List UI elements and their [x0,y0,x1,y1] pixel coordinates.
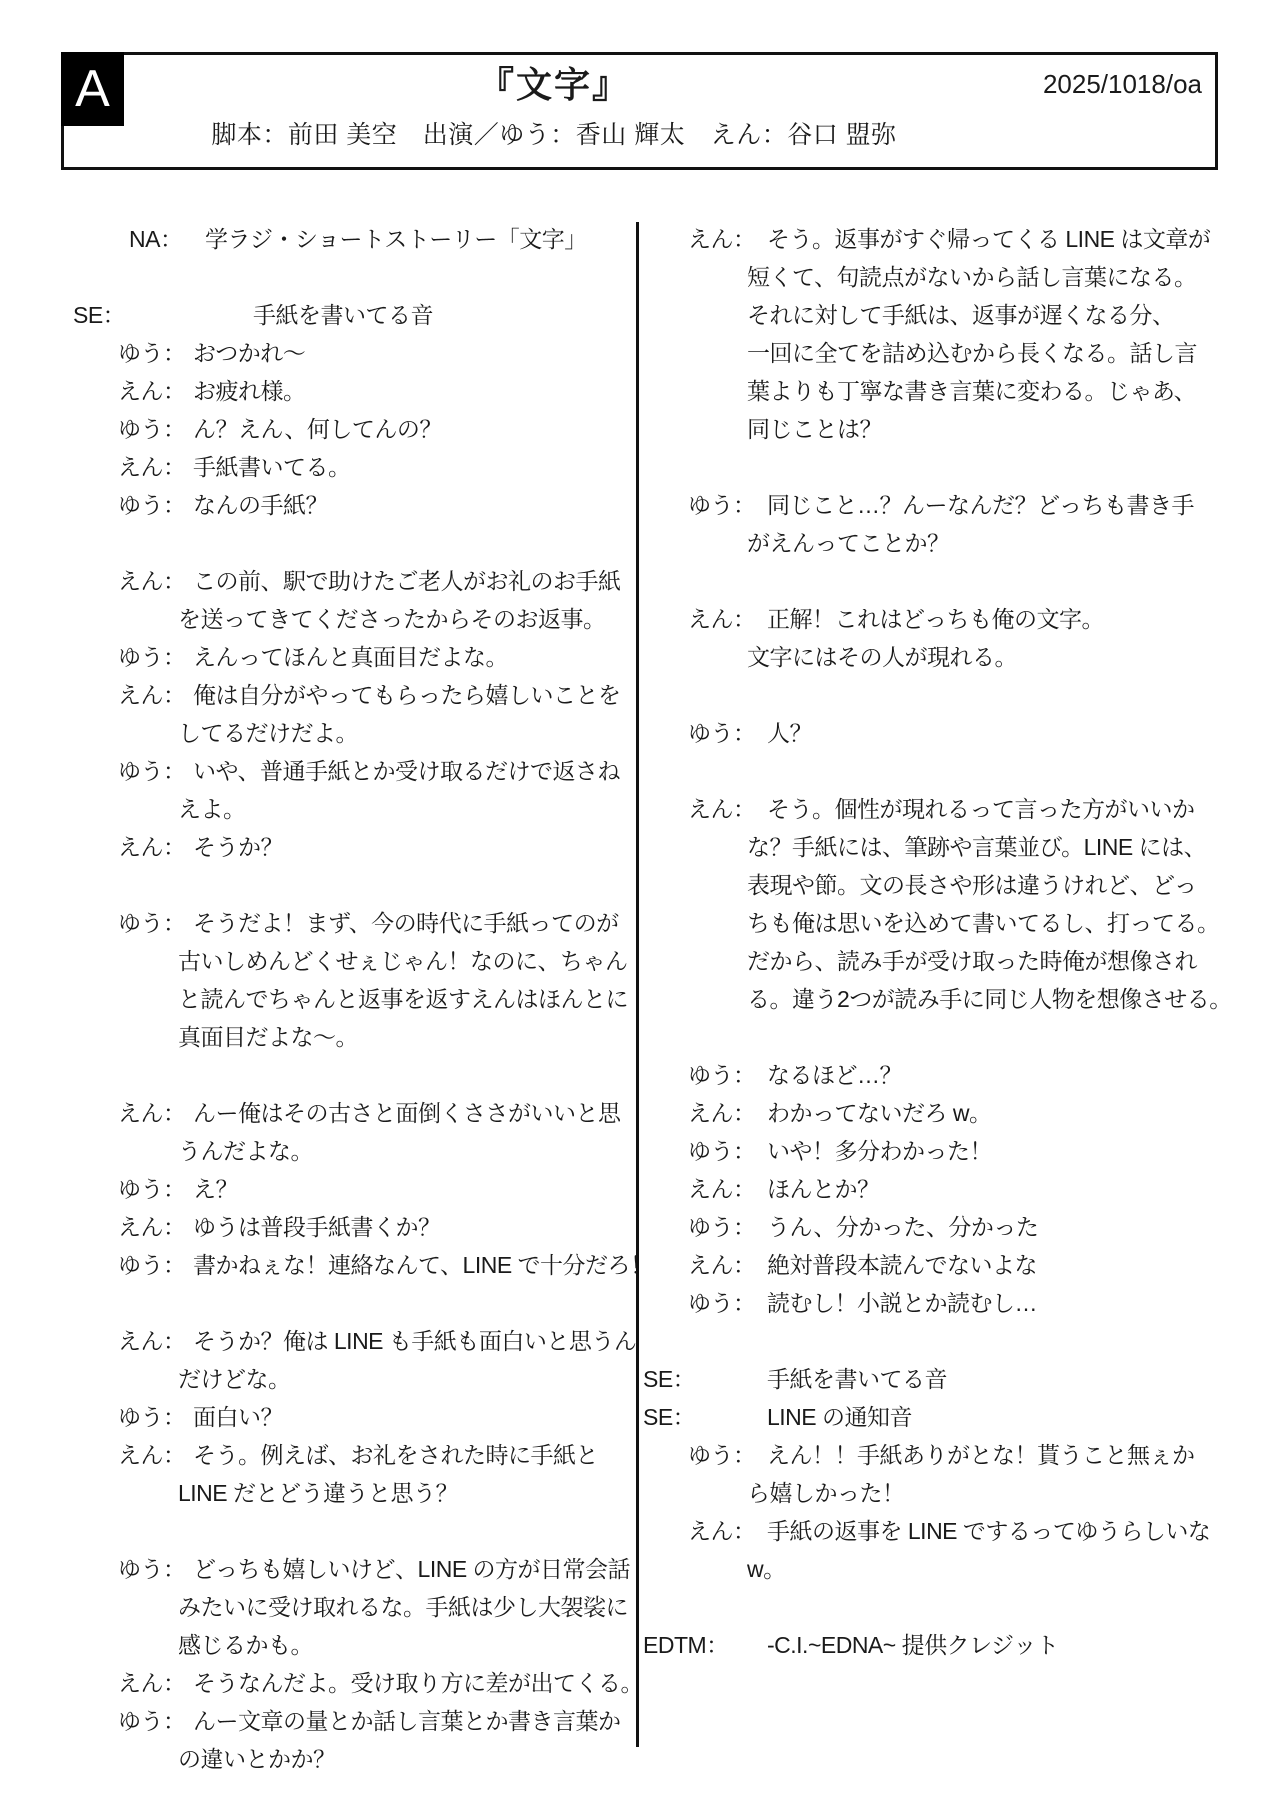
cue-label: ゆう： [643,1132,747,1170]
cue-label: ゆう： [643,486,747,562]
cue-row: ゆう：ん？えん、何してんの？ [61,410,621,448]
cue-label: ゆう： [643,1284,747,1322]
cue-text: えんってほんと真面目だよな。 [178,638,621,676]
cue-label: ゆう： [61,638,178,676]
cue-text: 手紙書いてる。 [178,448,621,486]
cue-row: えん：俺は自分がやってもらったら嬉しいことを してるだけだよ。 [61,676,621,752]
cue-text: そうか？俺は LINE も手紙も面白いと思うん だけどな。 [178,1322,636,1398]
cue-label: SE： [643,1360,747,1398]
cue-label: えん： [643,790,747,1018]
cue-label: えん： [61,1208,178,1246]
cue-label: ゆう： [643,1208,747,1246]
cue-row: えん：そう。返事がすぐ帰ってくる LINE は文章が 短くて、句読点がないから話… [643,220,1243,448]
cue-row: ゆう：読むし！小説とか読むし… [643,1284,1243,1322]
cue-text: いや、普通手紙とか受け取るだけで返さね えよ。 [178,752,621,828]
cue-text: んー文章の量とか話し言葉とか書き言葉か の違いとかか？ [178,1702,621,1778]
cue-label: えん： [643,1512,747,1588]
cue-text: えん！！手紙ありがとな！貰うこと無ぇか ら嬉しかった！ [747,1436,1243,1512]
cue-row: ゆう：面白い？ [61,1398,621,1436]
cue-row: SE：手紙を書いてる音 [643,1360,1243,1398]
cue-row: えん：そう。個性が現れるって言った方がいいか な？手紙には、筆跡や言葉並び。LI… [643,790,1243,1018]
cue-label: ゆう： [61,1702,178,1778]
cue-label: ゆう： [61,410,178,448]
cue-text: 人？ [747,714,1243,752]
cue-text: 俺は自分がやってもらったら嬉しいことを してるだけだよ。 [178,676,621,752]
cue-row: ゆう：そうだよ！まず、今の時代に手紙ってのが 古いしめんどくせぇじゃん！なのに、… [61,904,621,1056]
cue-label: ゆう： [61,486,178,524]
cue-text: そうだよ！まず、今の時代に手紙ってのが 古いしめんどくせぇじゃん！なのに、ちゃん… [178,904,628,1056]
cue-label: えん： [643,1246,747,1284]
cue-text: お疲れ様。 [178,372,621,410]
cue-text: いや！多分わかった！ [747,1132,1243,1170]
cue-text: ゆうは普段手紙書くか？ [178,1208,621,1246]
cue-text: ほんとか？ [747,1170,1243,1208]
left-column: NA：学ラジ・ショートストーリー「文字」SE：手紙を書いてる音ゆう：おつかれ〜え… [61,220,621,1778]
cue-label: EDTM： [643,1626,747,1664]
cue-row: SE：手紙を書いてる音 [61,296,621,334]
cue-row: NA：学ラジ・ショートストーリー「文字」 [61,220,621,258]
cue-row: えん：そうなんだよ。受け取り方に差が出てくる。 [61,1664,621,1702]
cue-label: えん： [61,448,178,486]
cue-row: ゆう：えん！！手紙ありがとな！貰うこと無ぇか ら嬉しかった！ [643,1436,1243,1512]
cue-text: この前、駅で助けたご老人がお礼のお手紙 を送ってきてくださったからそのお返事。 [178,562,621,638]
cue-text: そうか？ [178,828,621,866]
cue-text: え？ [178,1170,621,1208]
cue-row: えん：んー俺はその古さと面倒くささがいいと思 うんだよな。 [61,1094,621,1170]
cue-row: えん：ほんとか？ [643,1170,1243,1208]
right-column: えん：そう。返事がすぐ帰ってくる LINE は文章が 短くて、句読点がないから話… [643,220,1243,1664]
cue-label: ゆう： [61,334,178,372]
cue-row: ゆう：どっちも嬉しいけど、LINE の方が日常会話 みたいに受け取れるな。手紙は… [61,1550,621,1664]
cue-row: えん：絶対普段本読んでないよな [643,1246,1243,1284]
cue-text: どっちも嬉しいけど、LINE の方が日常会話 みたいに受け取れるな。手紙は少し大… [178,1550,630,1664]
cue-text: そう。個性が現れるって言った方がいいか な？手紙には、筆跡や言葉並び。LINE … [747,790,1243,1018]
cue-row: ゆう：え？ [61,1170,621,1208]
cue-row: えん：ゆうは普段手紙書くか？ [61,1208,621,1246]
cue-row: えん：この前、駅で助けたご老人がお礼のお手紙 を送ってきてくださったからそのお返… [61,562,621,638]
cue-label: ゆう： [61,1398,178,1436]
cue-row: ゆう：おつかれ〜 [61,334,621,372]
cue-row: ゆう：人？ [643,714,1243,752]
cue-label: えん： [61,1664,178,1702]
cue-row: ゆう：なるほど…？ [643,1056,1243,1094]
column-divider [636,222,639,1747]
cue-text: なるほど…？ [747,1056,1243,1094]
credits-line: 脚本：前田 美空 出演／ゆう：香山 輝太 えん：谷口 盟弥 [64,115,1044,151]
cue-label: ゆう： [61,904,178,1056]
cue-row: ゆう：いや、普通手紙とか受け取るだけで返さね えよ。 [61,752,621,828]
cue-text: おつかれ〜 [178,334,621,372]
cue-label: SE： [61,296,178,334]
cue-label: ゆう： [61,1550,178,1664]
cue-text: 手紙の返事を LINE でするってゆうらしいな w。 [747,1512,1243,1588]
header: A 『文字』 脚本：前田 美空 出演／ゆう：香山 輝太 えん：谷口 盟弥 202… [61,52,1218,170]
cue-label: SE： [643,1398,747,1436]
cue-row: えん：そうか？俺は LINE も手紙も面白いと思うん だけどな。 [61,1322,621,1398]
cue-row: えん：手紙の返事を LINE でするってゆうらしいな w。 [643,1512,1243,1588]
cue-label: ゆう： [61,1170,178,1208]
cue-row: えん：そうか？ [61,828,621,866]
cue-label: ゆう： [61,1246,178,1284]
broadcast-date: 2025/1018/oa [1043,69,1202,100]
cue-label: えん： [61,1094,178,1170]
cue-row: ゆう：なんの手紙？ [61,486,621,524]
cue-label: えん： [61,828,178,866]
cue-row: EDTM：-C.I.~EDNA~ 提供クレジット [643,1626,1243,1664]
script-page: A 『文字』 脚本：前田 美空 出演／ゆう：香山 輝太 えん：谷口 盟弥 202… [0,0,1280,1809]
cue-row: えん：正解！これはどっちも俺の文字。 文字にはその人が現れる。 [643,600,1243,676]
cue-label: えん： [643,220,747,448]
cue-label: ゆう： [643,714,747,752]
cue-row: えん：お疲れ様。 [61,372,621,410]
cue-label: えん： [61,372,178,410]
cue-text: 同じこと…？んーなんだ？どっちも書き手 がえんってことか？ [747,486,1243,562]
cue-label: NA： [61,220,178,258]
cue-text: わかってないだろ w。 [747,1094,1243,1132]
cue-text: 手紙を書いてる音 [178,296,621,334]
cue-text: そうなんだよ。受け取り方に差が出てくる。 [178,1664,643,1702]
cue-row: ゆう：同じこと…？んーなんだ？どっちも書き手 がえんってことか？ [643,486,1243,562]
cue-label: ゆう： [643,1056,747,1094]
cue-text: 正解！これはどっちも俺の文字。 文字にはその人が現れる。 [747,600,1243,676]
cue-row: ゆう：うん、分かった、分かった [643,1208,1243,1246]
header-center: 『文字』 脚本：前田 美空 出演／ゆう：香山 輝太 えん：谷口 盟弥 [64,55,1044,151]
cue-text: ん？えん、何してんの？ [178,410,621,448]
cue-label: えん： [643,600,747,676]
cue-text: 面白い？ [178,1398,621,1436]
cue-row: ゆう：えんってほんと真面目だよな。 [61,638,621,676]
cue-text: んー俺はその古さと面倒くささがいいと思 うんだよな。 [178,1094,621,1170]
cue-text: 書かねぇな！連絡なんて、LINE で十分だろ！ [178,1246,653,1284]
cue-label: ゆう： [643,1436,747,1512]
cue-label: ゆう： [61,752,178,828]
cue-text: なんの手紙？ [178,486,621,524]
cue-row: ゆう：書かねぇな！連絡なんて、LINE で十分だろ！ [61,1246,621,1284]
cue-text: 手紙を書いてる音 [747,1360,1243,1398]
cue-row: えん：そう。例えば、お礼をされた時に手紙と LINE だとどう違うと思う？ [61,1436,621,1512]
cue-text: 絶対普段本読んでないよな [747,1246,1243,1284]
cue-label: えん： [61,676,178,752]
cue-label: えん： [643,1094,747,1132]
cue-text: 読むし！小説とか読むし… [747,1284,1243,1322]
cue-row: えん：わかってないだろ w。 [643,1094,1243,1132]
cue-label: えん： [643,1170,747,1208]
cue-text: うん、分かった、分かった [747,1208,1243,1246]
cue-label: えん： [61,1436,178,1512]
cue-label: えん： [61,562,178,638]
cue-label: えん： [61,1322,178,1398]
page-title: 『文字』 [64,63,1044,107]
cue-text: LINE の通知音 [747,1398,1243,1436]
cue-text: そう。返事がすぐ帰ってくる LINE は文章が 短くて、句読点がないから話し言葉… [747,220,1243,448]
cue-text: -C.I.~EDNA~ 提供クレジット [747,1626,1243,1664]
cue-row: ゆう：いや！多分わかった！ [643,1132,1243,1170]
cue-text: 学ラジ・ショートストーリー「文字」 [178,220,621,258]
cue-row: えん：手紙書いてる。 [61,448,621,486]
cue-text: そう。例えば、お礼をされた時に手紙と LINE だとどう違うと思う？ [178,1436,621,1512]
cue-row: SE：LINE の通知音 [643,1398,1243,1436]
cue-row: ゆう：んー文章の量とか話し言葉とか書き言葉か の違いとかか？ [61,1702,621,1778]
